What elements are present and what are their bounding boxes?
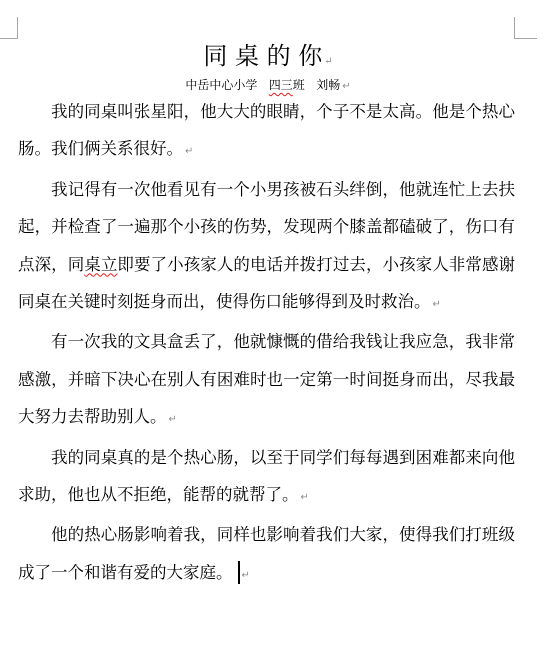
text-line: 我记得有一次他看见有一个小男孩被石头绊倒，他就连忙上去扶 [18, 171, 515, 208]
text-line-content: 成了一个和谐有爱的大家庭。 [18, 563, 233, 582]
document-title[interactable]: 同 桌 的 你↵ [0, 40, 536, 78]
return-mark-icon: ↵ [169, 414, 177, 425]
text-line: 起，并检查了一遍那个小孩的伤势，发现两个膝盖都磕破了，伤口有 [18, 208, 515, 245]
paragraph-5[interactable]: 他的热心肠影响着我，同样也影响着我们大家，使得我们打班级 成了一个和谐有爱的大家… [18, 516, 515, 594]
paragraph-3[interactable]: 有一次我的文具盒丢了，他就慷慨的借给我钱让我应急，我非常 感激，并暗下决心在别人… [18, 323, 515, 438]
paragraph-2[interactable]: 我记得有一次他看见有一个小男孩被石头绊倒，他就连忙上去扶 起，并检查了一遍那个小… [18, 171, 515, 324]
text-segment: 即要了小孩家人的电话并拨打过去，小孩家人非常感谢 [117, 255, 515, 274]
return-mark-icon: ↵ [185, 146, 193, 157]
text-line: 他的热心肠影响着我，同样也影响着我们大家，使得我们打班级 [18, 516, 515, 553]
text-line: 同桌在关键时刻挺身而出，使得伤口能够得到及时救治。↵ [18, 283, 515, 323]
document-body[interactable]: 我的同桌叫张星阳，他大大的眼睛，个子不是太高。他是个热心 肠。我们俩关系很好。↵… [18, 93, 515, 594]
text-line: 感激，并暗下决心在别人有困难时也一定第一时间挺身而出，尽我最 [18, 361, 515, 398]
paragraph-4[interactable]: 我的同桌真的是个热心肠，以至于同学们每每遇到困难都来向他 求助，他也从不拒绝，能… [18, 439, 515, 517]
text-line: 有一次我的文具盒丢了，他就慷慨的借给我钱让我应急，我非常 [18, 323, 515, 360]
text-line: 点深，同桌立即要了小孩家人的电话并拨打过去，小孩家人非常感谢 [18, 246, 515, 283]
title-text: 同 桌 的 你 [203, 42, 322, 70]
return-mark-icon: ↵ [433, 299, 441, 310]
text-segment: 点深，同 [18, 255, 84, 274]
text-line: 肠。我们俩关系很好。↵ [18, 130, 515, 170]
byline-author: 刘畅 [316, 78, 340, 92]
text-cursor [238, 561, 240, 584]
text-line: 大努力去帮助别人。↵ [18, 398, 515, 438]
paragraph-1[interactable]: 我的同桌叫张星阳，他大大的眼睛，个子不是太高。他是个热心 肠。我们俩关系很好。↵ [18, 93, 515, 171]
document-page[interactable]: 同 桌 的 你↵ 中岳中心小学 四三班 刘畅↵ 我的同桌叫张星阳，他大大的眼睛，… [0, 0, 551, 660]
spellcheck-flagged-text[interactable]: 四三 [269, 78, 293, 92]
margin-corner-mark-top-left [0, 17, 18, 39]
return-mark-icon: ↵ [342, 81, 350, 92]
text-line: 成了一个和谐有爱的大家庭。↵ [18, 554, 515, 594]
text-line: 我的同桌叫张星阳，他大大的眼睛，个子不是太高。他是个热心 [18, 93, 515, 130]
return-mark-icon: ↵ [324, 56, 332, 67]
byline-class-suffix: 班 [293, 78, 305, 92]
return-mark-icon: ↵ [301, 492, 309, 503]
text-line-content: 肠。我们俩关系很好。 [18, 139, 183, 158]
spellcheck-flagged-text[interactable]: 桌立 [84, 255, 117, 274]
return-mark-icon: ↵ [242, 570, 250, 581]
byline-school: 中岳中心小学 [185, 78, 257, 92]
text-line: 求助，他也从不拒绝，能帮的就帮了。↵ [18, 476, 515, 516]
text-line-content: 求助，他也从不拒绝，能帮的就帮了。 [18, 485, 299, 504]
text-line-content: 同桌在关键时刻挺身而出，使得伤口能够得到及时救治。 [18, 292, 431, 311]
text-line: 我的同桌真的是个热心肠，以至于同学们每每遇到困难都来向他 [18, 439, 515, 476]
text-line-content: 大努力去帮助别人。 [18, 407, 167, 426]
margin-corner-mark-top-right [514, 17, 537, 39]
